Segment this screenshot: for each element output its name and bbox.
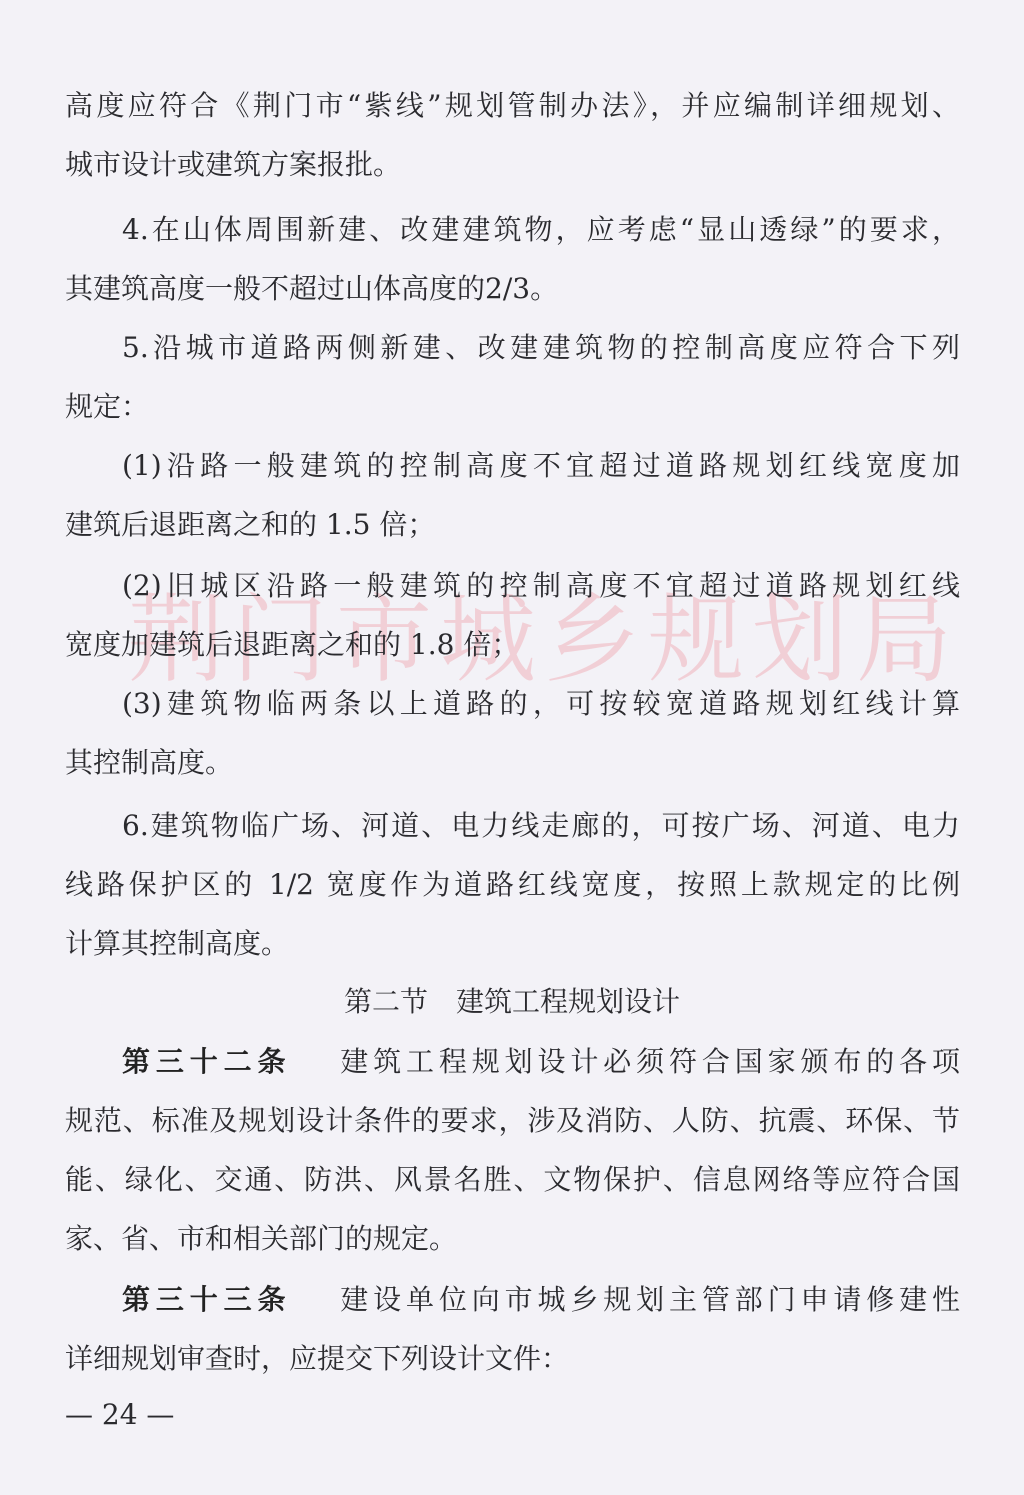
text-line: (3)建筑物临两条以上道路的，可按较宽道路规划红线计算	[122, 684, 960, 724]
text-line: 6.建筑物临广场、河道、电力线走廊的，可按广场、河道、电力	[122, 806, 960, 846]
text-line: 高度应符合《荆门市“紫线”规划管制办法》，并应编制详细规划、	[65, 86, 960, 126]
text-line: 线路保护区的 1/2 宽度作为道路红线宽度，按照上款规定的比例	[65, 865, 960, 905]
text-line: 其控制高度。	[65, 743, 960, 783]
text-line: 能、绿化、交通、防洪、风景名胜、文物保护、信息网络等应符合国	[65, 1160, 960, 1200]
document-page: 荆门市城乡规划局 高度应符合《荆门市“紫线”规划管制办法》，并应编制详细规划、 …	[0, 0, 1024, 1495]
text-line: 4.在山体周围新建、改建建筑物，应考虑“显山透绿”的要求，	[122, 210, 960, 250]
text-line: 宽度加建筑后退距离之和的 1.8 倍；	[65, 625, 960, 665]
text-line: 规定：	[65, 387, 960, 427]
page-number: — 24 —	[65, 1395, 174, 1435]
text-line: (1)沿路一般建筑的控制高度不宜超过道路规划红线宽度加	[122, 446, 960, 486]
text-line: 5.沿城市道路两侧新建、改建建筑物的控制高度应符合下列	[122, 328, 960, 368]
text-line: 建筑后退距离之和的 1.5 倍；	[65, 505, 960, 545]
article-32-label: 第三十二条	[122, 1045, 291, 1078]
article-33-text: 建设单位向市城乡规划主管部门申请修建性	[335, 1283, 960, 1316]
text-line: 其建筑高度一般不超过山体高度的2/3。	[65, 269, 960, 309]
article-32-text: 建筑工程规划设计必须符合国家颁布的各项	[335, 1045, 960, 1078]
text-line: 计算其控制高度。	[65, 924, 960, 964]
article-32-first-line: 第三十二条建筑工程规划设计必须符合国家颁布的各项	[122, 1042, 960, 1082]
text-line: 规范、标准及规划设计条件的要求，涉及消防、人防、抗震、环保、节	[65, 1101, 960, 1141]
text-line: (2)旧城区沿路一般建筑的控制高度不宜超过道路规划红线	[122, 566, 960, 606]
article-33-first-line: 第三十三条建设单位向市城乡规划主管部门申请修建性	[122, 1280, 960, 1320]
section-heading: 第二节 建筑工程规划设计	[0, 982, 1024, 1022]
article-33-label: 第三十三条	[122, 1283, 291, 1316]
text-line: 家、省、市和相关部门的规定。	[65, 1219, 960, 1259]
text-line: 详细规划审查时，应提交下列设计文件：	[65, 1339, 960, 1379]
text-line: 城市设计或建筑方案报批。	[65, 145, 960, 185]
